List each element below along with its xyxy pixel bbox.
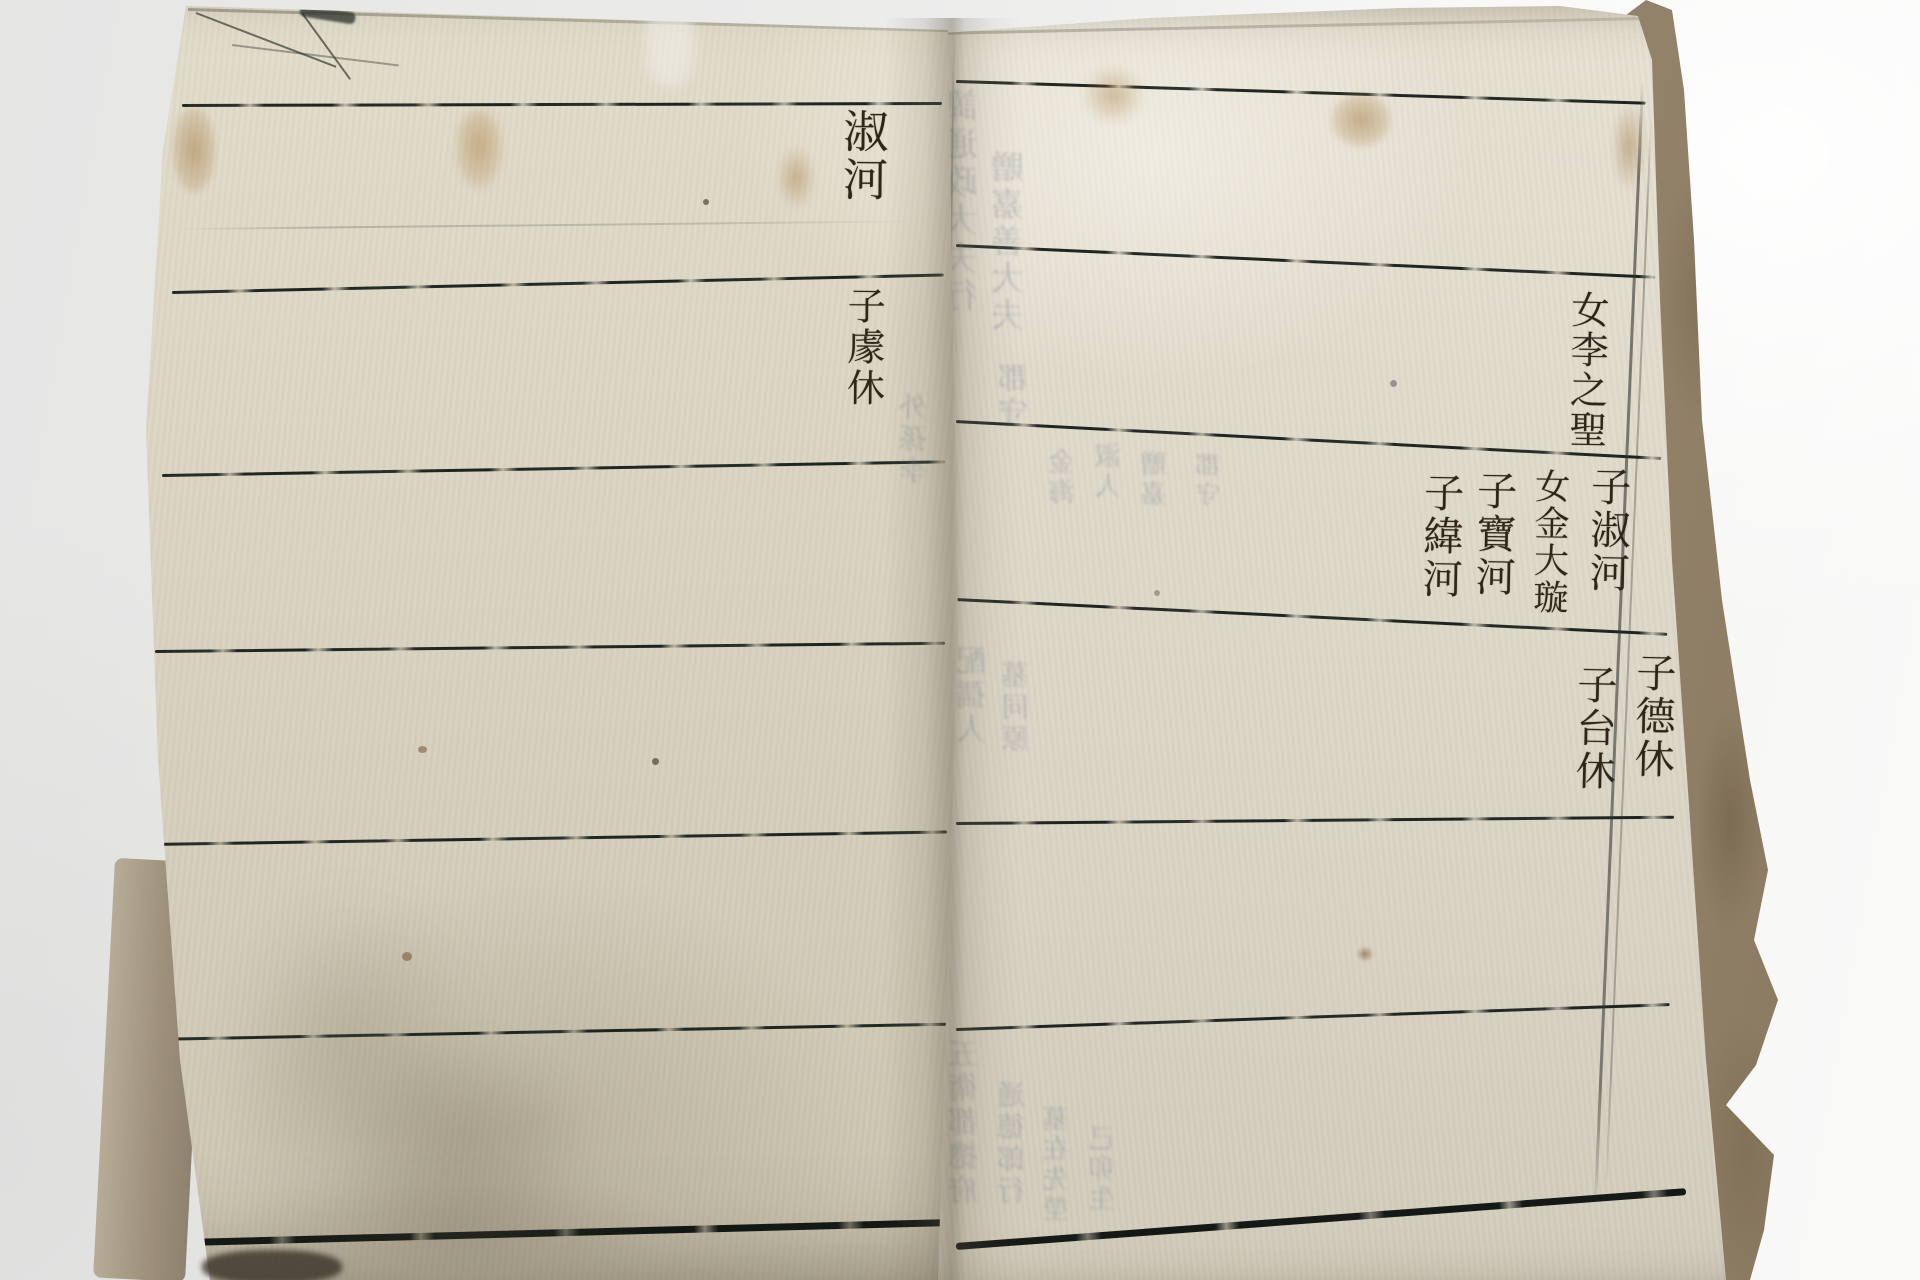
table-rule-line (172, 273, 944, 294)
genealogy-entry-son-suk-ha: 子淑河 (1585, 466, 1629, 596)
table-rule-line (152, 831, 947, 846)
paper-crease-line (180, 220, 920, 230)
page-edge-line (1606, 120, 1652, 1179)
paper-fiber-fleck (418, 746, 427, 753)
genealogy-entry-son-bo-ha: 子寶河 (1471, 470, 1515, 600)
paper-speck (1390, 380, 1397, 387)
bleed-through-ghost-text: 郡守 (1196, 452, 1224, 510)
table-rule-line (956, 80, 1646, 105)
paper-speck (1154, 590, 1160, 596)
bleed-through-ghost-text: 墓同原 (1002, 660, 1033, 756)
cover-corner-bottom-left (202, 1250, 342, 1280)
genealogy-entry-suk-ha-continued: 淑河 (838, 108, 886, 204)
bleed-through-ghost-text: 通德郎行 (998, 1080, 1029, 1208)
genealogy-entry-daughter-kim-dae-seon: 女金大璇 (1529, 468, 1568, 617)
genealogy-entry-son-tae-hyu: 子台休 (1571, 664, 1616, 794)
bleed-through-ghost-text: 金海 (1050, 448, 1079, 508)
bleed-through-ghost-text: 外孫李 (900, 392, 931, 488)
genealogy-entry-daughter-yi-ji-seong: 女李之聖 (1564, 290, 1607, 451)
paper-fiber-fleck (402, 952, 412, 961)
corner-fold-crease (196, 12, 337, 68)
bleed-through-ghost-text: 淑人 (1096, 442, 1125, 502)
paper-speck (703, 199, 709, 205)
paper-stain (1330, 92, 1392, 148)
bleed-through-ghost-text: 墓在先塋 (1044, 1105, 1073, 1225)
paper-stain (776, 146, 816, 210)
book-photo: 諱通政大夫行 贈嘉善大夫 郡守 金海 淑人 贈嘉 郡守 配孺人 墓同原 五衛都摠… (0, 0, 1920, 1280)
genealogy-entry-son-wi-ha: 子緯河 (1418, 472, 1462, 602)
paper-stain (1612, 104, 1646, 190)
genealogy-entry-son-geo-hyu: 子豦休 (841, 286, 882, 409)
genealogy-entry-son-deok-hyu: 子德休 (1630, 652, 1675, 782)
corner-fold-crease (232, 44, 399, 66)
page-frame-right-border (1594, 82, 1644, 1196)
bleed-through-ghost-text: 己卯生 (1090, 1125, 1119, 1215)
table-rule-line (155, 642, 945, 653)
paper-stain (455, 110, 503, 190)
table-rule-line (956, 1003, 1670, 1031)
bleed-through-ghost-text: 五衛都摠府 (950, 1038, 983, 1208)
table-rule-line (162, 460, 945, 477)
bleed-through-ghost-text: 郡守 (1000, 362, 1033, 430)
bleed-through-ghost-text: 配孺人 (958, 645, 991, 747)
table-rule-line (182, 102, 942, 107)
bleed-through-ghost-text: 贈嘉 (1142, 450, 1171, 510)
bleed-through-ghost-text: 贈嘉善大夫 (992, 150, 1028, 335)
paper-speck (652, 758, 659, 765)
table-rule-line (956, 816, 1674, 825)
paper-stain (1082, 66, 1144, 124)
paper-stain (172, 106, 216, 194)
paper-stain (1356, 946, 1374, 962)
table-rule-line (956, 244, 1655, 279)
